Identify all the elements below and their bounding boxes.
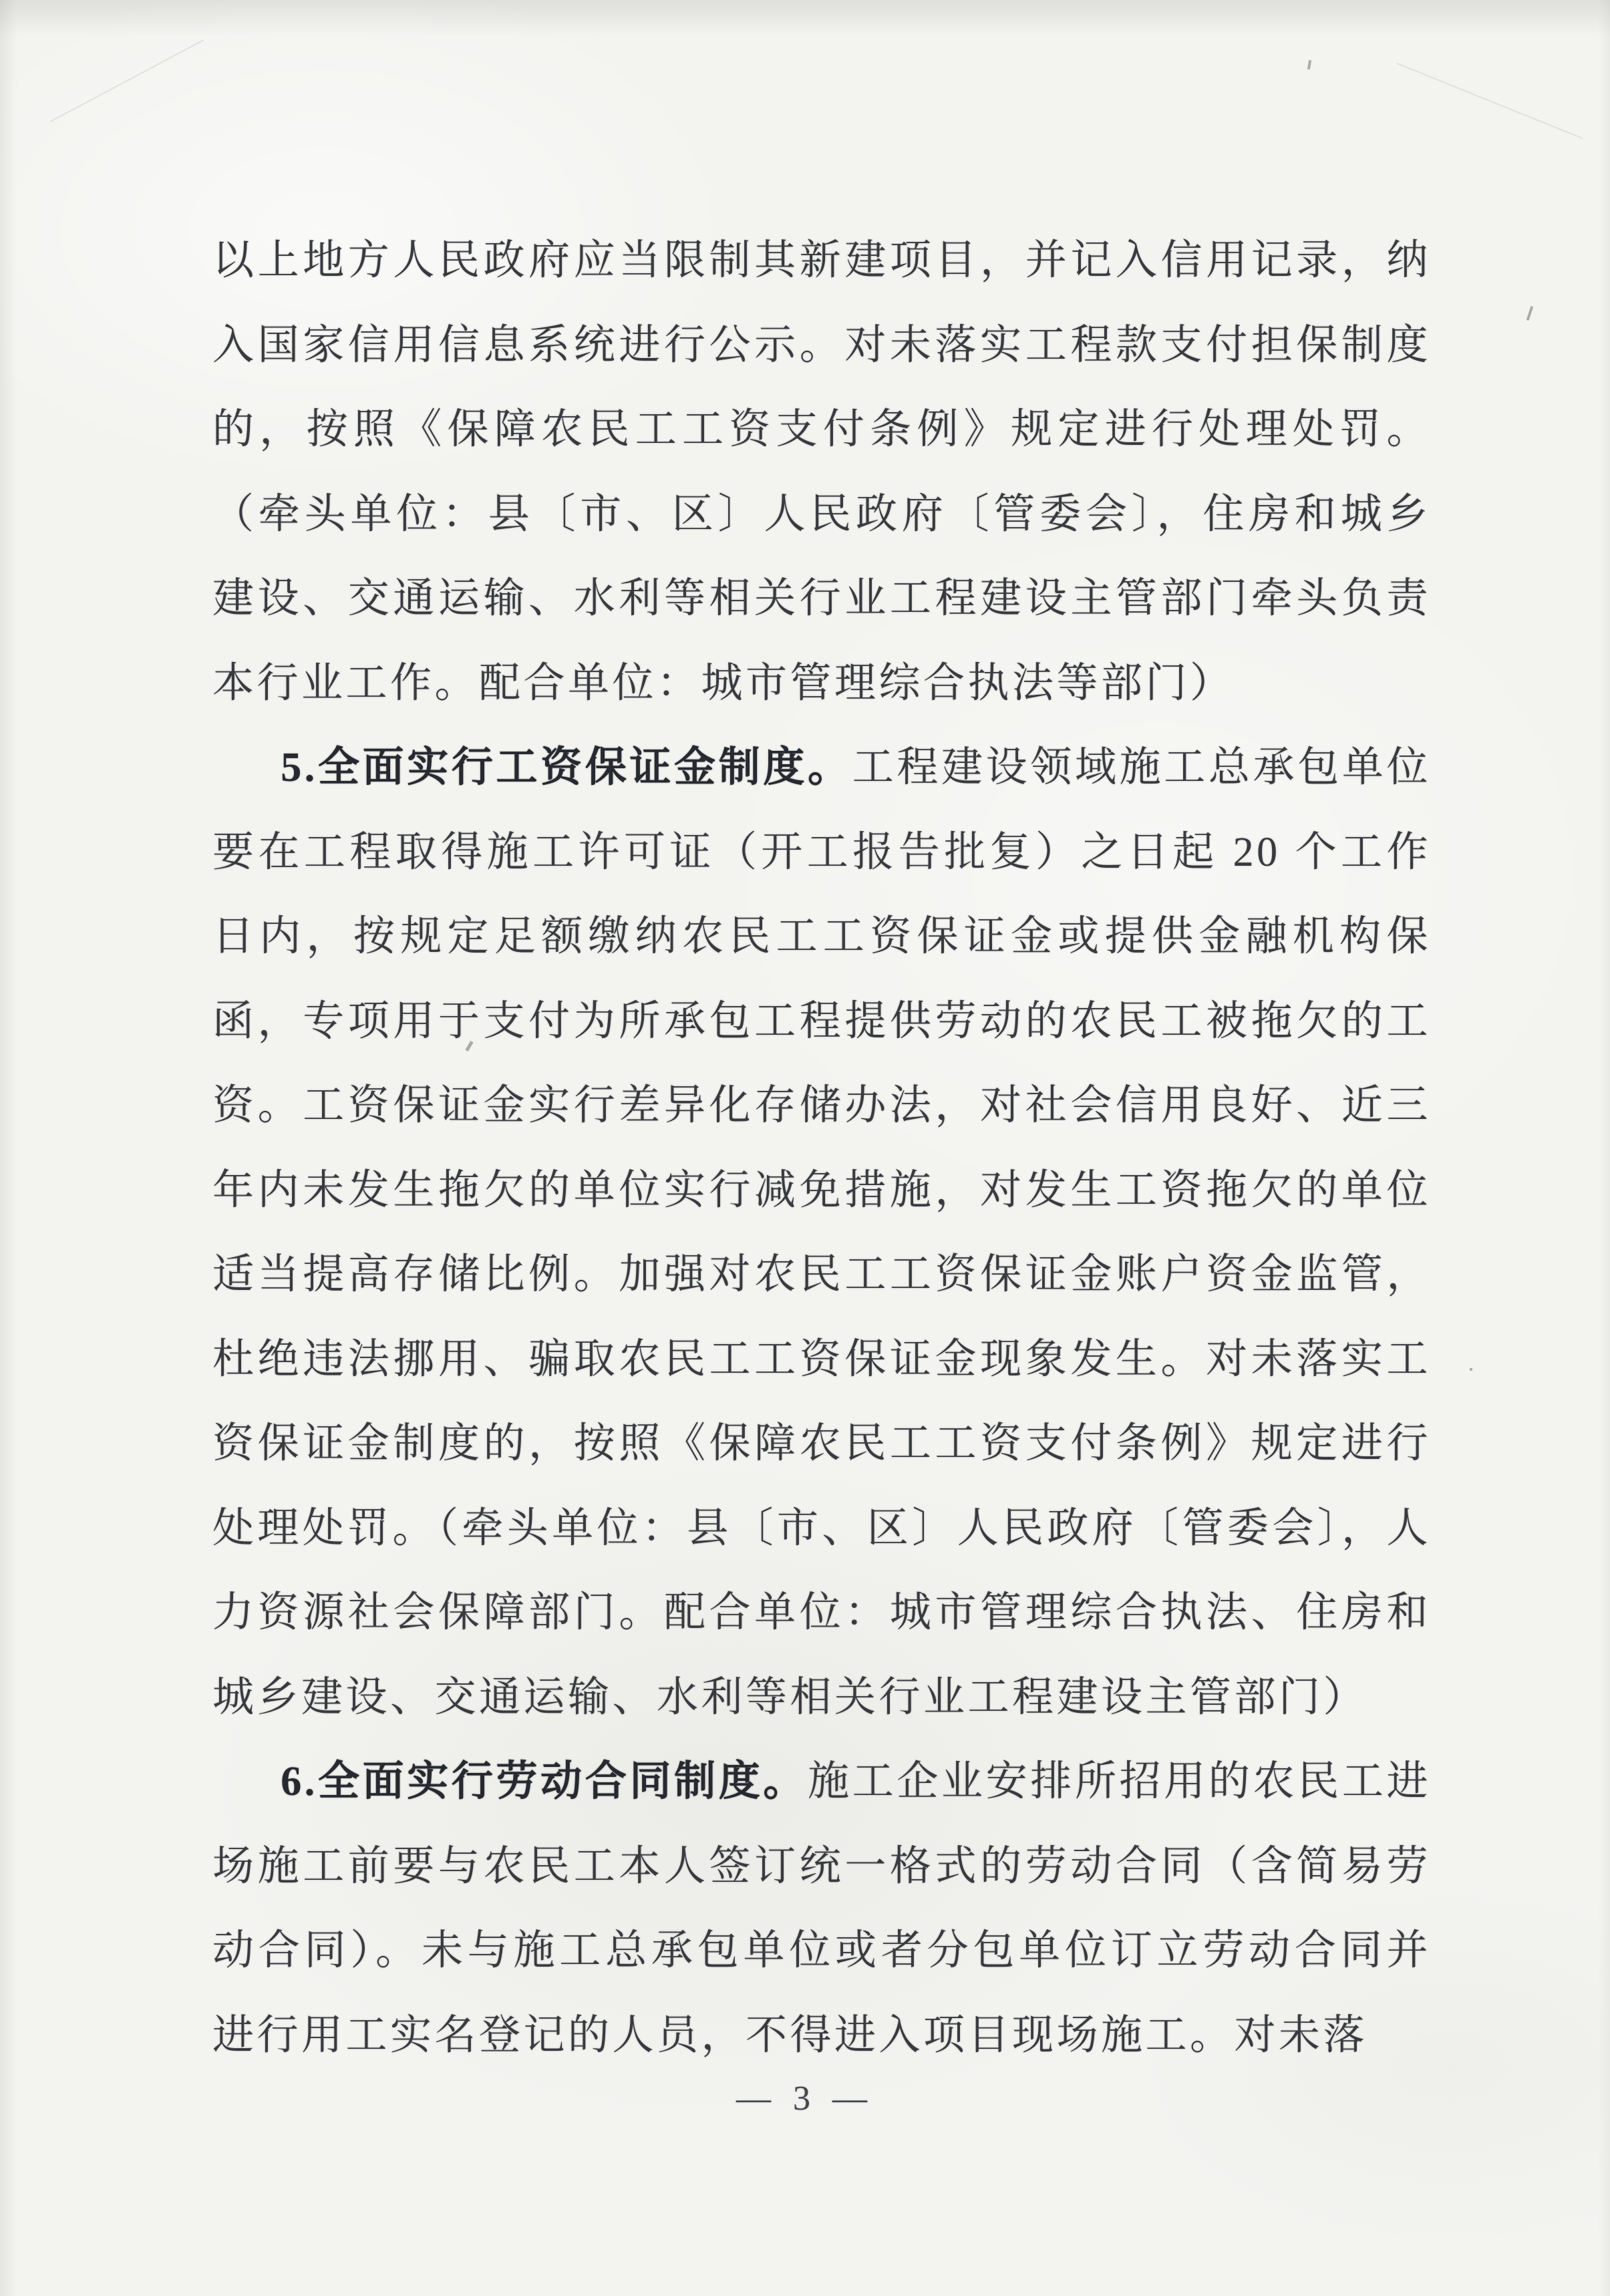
- paragraph-lead: 5.全面实行工资保证金制度。: [281, 745, 852, 790]
- paragraph-lead: 6.全面实行劳动合同制度。: [281, 1759, 808, 1804]
- paper-crease: [1397, 63, 1583, 139]
- body-paragraph: 以上地方人民政府应当限制其新建项目，并记入信用记录，纳入国家信用信息系统进行公示…: [212, 218, 1431, 725]
- scanned-document-page: 以上地方人民政府应当限制其新建项目，并记入信用记录，纳入国家信用信息系统进行公示…: [0, 0, 1610, 2296]
- scan-speck: [1470, 1368, 1472, 1371]
- paper-crease: [50, 39, 204, 122]
- page-number: — 3 —: [0, 2079, 1610, 2118]
- scan-speck: [1526, 306, 1534, 321]
- document-body: 以上地方人民政府应当限制其新建项目，并记入信用记录，纳入国家信用信息系统进行公示…: [212, 218, 1431, 2078]
- paragraph-text: 以上地方人民政府应当限制其新建项目，并记入信用记录，纳入国家信用信息系统进行公示…: [212, 238, 1431, 706]
- scan-speck: [1307, 60, 1311, 69]
- body-paragraph: 5.全面实行工资保证金制度。工程建设领域施工总承包单位要在工程取得施工许可证（开…: [212, 725, 1431, 1740]
- paragraph-text: 工程建设领域施工总承包单位要在工程取得施工许可证（开工报告批复）之日起 20 个…: [212, 745, 1431, 1720]
- body-paragraph: 6.全面实行劳动合同制度。施工企业安排所招用的农民工进场施工前要与农民工本人签订…: [212, 1740, 1431, 2078]
